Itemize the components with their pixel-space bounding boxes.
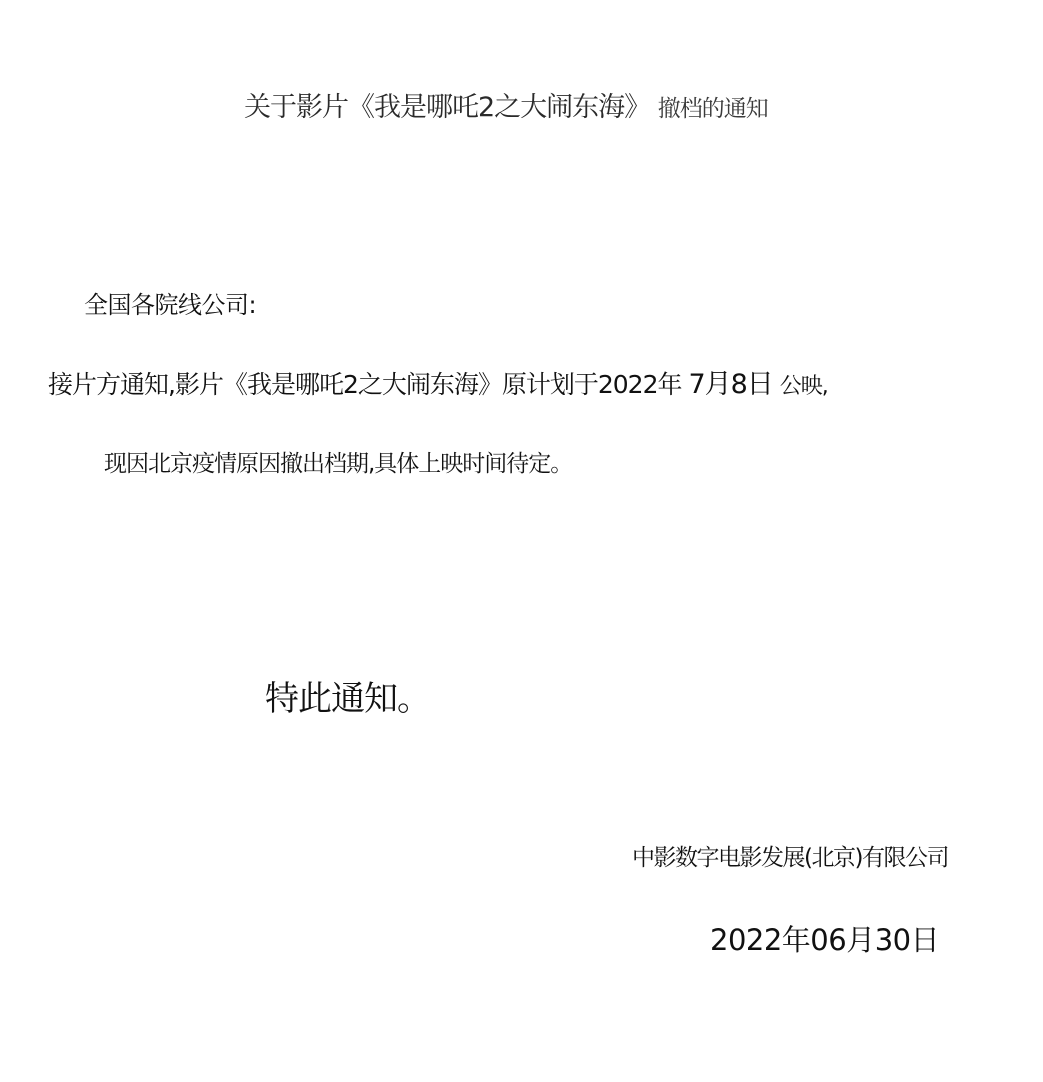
document-title: 关于影片《我是哪吒2之大闹东海》 撤档的通知 [244, 94, 768, 121]
body-paragraph-line-2: 现因北京疫情原因撤出档期,具体上映时间待定。 [104, 453, 572, 476]
title-suffix: 撤档的通知 [658, 96, 768, 122]
release-date: 7月8日 [688, 369, 772, 400]
body-line1-prefix: 接片方通知,影片《我是哪吒2之大闹东海》原计划于2022年 [48, 370, 681, 399]
body-line1-suffix: 公映, [780, 374, 828, 399]
salutation: 全国各院线公司: [84, 293, 256, 317]
signature-organization: 中影数字电影发展(北京)有限公司 [632, 847, 948, 870]
title-main: 关于影片《我是哪吒2之大闹东海》 [244, 92, 650, 123]
closing-statement: 特此通知。 [265, 682, 430, 716]
signature-date: 2022年06月30日 [710, 926, 939, 955]
body-paragraph-line-1: 接片方通知,影片《我是哪吒2之大闹东海》原计划于2022年 7月8日 公映, [48, 371, 828, 398]
